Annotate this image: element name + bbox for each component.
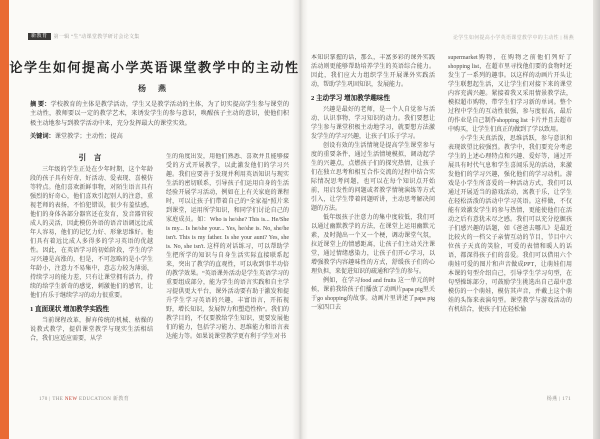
section-1-heading: 1 直面现状 增加教学实践性 — [30, 305, 153, 314]
paragraph: 低年级孩子注意力的集中度较低，我们可以通过幽默教学的方法，在课堂上运用幽默元素，… — [311, 214, 435, 277]
paragraph: 例如，在学习food and fruits 这一单元的时候，课前我给孩子们播放了… — [311, 277, 435, 313]
footer-author: 杨燕 — [547, 397, 558, 402]
article-title: 论学生如何提高小学英语课堂教学中的主动性 — [9, 57, 300, 76]
abstract-block: 摘 要：学校教育的主体是教学活动，学生又是教学活动的主体，为了切实提高学生参与课… — [30, 100, 289, 141]
abstract-text: 摘 要：学校教育的主体是教学活动，学生又是教学活动的主体，为了切实提高学生参与课… — [30, 100, 289, 128]
intro-paragraph: 三年级的学生正处在少年时期，这个年龄段的孩子具有好奇、好活动、爱表现、喜模仿等特… — [30, 166, 153, 301]
keywords-label: 关键词： — [30, 133, 55, 140]
journal-name: THE NEW EDUCATION 新教育 — [52, 397, 129, 402]
book-spine-strip — [0, 0, 9, 439]
continuation-paragraph: 本知识掌握的话，那么，丰富多彩的课外实践活动则更能够帮助培养学生的英语综合能力。… — [311, 54, 435, 90]
left-column-2: 生的角度出发，用他们熟悉、喜欢并且能够接受的方式开展教学，以此激发他们的学习兴趣… — [166, 153, 289, 391]
left-page-footer: 170 | THE NEW EDUCATION 新教育 — [39, 395, 129, 402]
continuation-paragraph: supermarket购物，在购物之前他们列好了shopping list，在超… — [448, 54, 572, 135]
intro-heading: 引 言 — [30, 153, 153, 162]
keywords-line: 关键词：课堂教学；主动性；提高 — [30, 132, 289, 141]
left-page-number: 170 — [39, 397, 48, 402]
abstract-label: 摘 要： — [30, 101, 50, 108]
footer-separator: | — [49, 397, 50, 402]
right-column-2: supermarket购物，在购物之前他们列好了shopping list，在超… — [448, 54, 572, 392]
left-page-columns: 引 言 三年级的学生正处在少年时期，这个年龄段的孩子具有好奇、好活动、爱表现、喜… — [30, 153, 289, 391]
page-edge-shadow — [593, 0, 600, 439]
series-badge: 新教育 — [28, 33, 51, 40]
series-title: 第一辑 “生”动课堂教学研讨会论文集 — [54, 33, 140, 40]
article-author: 杨 燕 — [9, 83, 300, 94]
paragraph: 创设有效的生活情境是提高学生课堂参与度的重要条件，通过生活情境模拟，调动起学生的… — [311, 142, 435, 214]
right-page-number: 171 — [562, 397, 571, 402]
right-page-footer: 杨燕 | 171 — [547, 395, 571, 402]
continuation-paragraph: 生的角度出发，用他们熟悉、喜欢并且能够接受的方式开展教学，以此激发他们的学习兴趣… — [166, 153, 289, 342]
section-2-heading: 2 主动学习 增加教学趣味性 — [311, 94, 435, 103]
right-page-columns: 本知识掌握的话，那么，丰富多彩的课外实践活动则更能够帮助培养学生的英语综合能力。… — [311, 54, 572, 392]
paragraph: 小学生天真活泼，思维活跃，参与意识和表现欲望比较强烈。教学中，我们要充分考虑学生… — [448, 135, 572, 315]
section-1-paragraph: 当前课程改革，摒弃传统的机械、枯燥的说教式教学，提倡课堂教学与现实生活相结合，我… — [30, 317, 153, 344]
right-running-header: 论学生如何提高小学英语课堂教学中的主动性 | 杨燕 — [453, 34, 574, 41]
left-running-header: 新教育 第一辑 “生”动课堂教学研讨会论文集 — [28, 33, 294, 40]
footer-separator: | — [559, 397, 560, 402]
right-page: 论学生如何提高小学英语课堂教学中的主动性 | 杨燕 本知识掌握的话，那么，丰富多… — [300, 0, 593, 439]
paragraph: 兴趣是最好的老师，是一个人自觉参与活动、认识事物、学习知识的动力。我们要想让学生… — [311, 106, 435, 142]
left-column-1: 引 言 三年级的学生正处在少年时期，这个年龄段的孩子具有好奇、好活动、爱表现、喜… — [30, 153, 153, 391]
right-column-1: 本知识掌握的话，那么，丰富多彩的课外实践活动则更能够帮助培养学生的英语综合能力。… — [311, 54, 435, 392]
left-page: 新教育 第一辑 “生”动课堂教学研讨会论文集 论学生如何提高小学英语课堂教学中的… — [9, 0, 300, 439]
